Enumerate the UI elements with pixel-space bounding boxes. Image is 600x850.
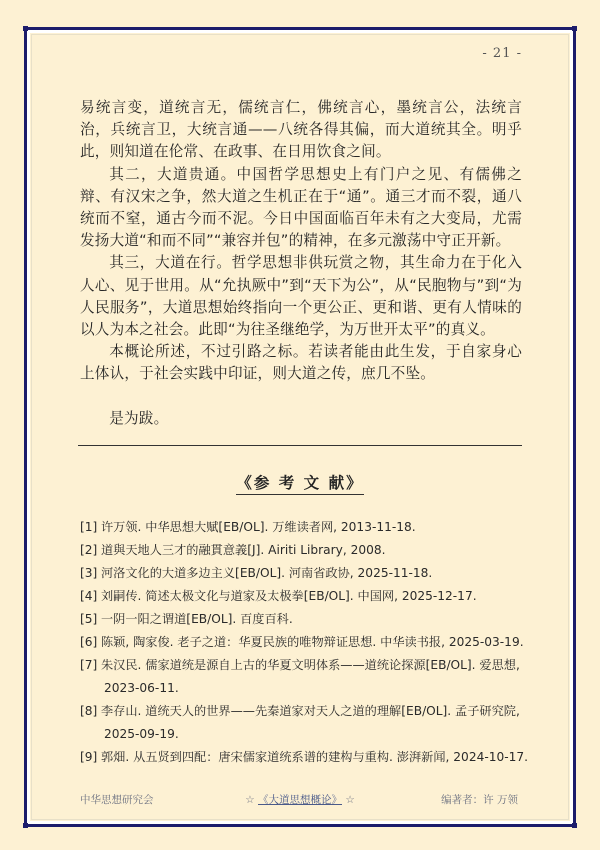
paragraph: 易统言变，道统言无，儒统言仁，佛统言心，墨统言公，法统言治，兵统言卫，大统言通—… — [80, 97, 522, 164]
reference-number: [5] — [80, 608, 101, 631]
reference-body: 李存山. 道统天人的世界——先秦道家对天人之道的理解[EB/OL]. 孟子研究院… — [101, 700, 530, 746]
paragraph: 本概论所述，不过引路之标。若读者能由此生发，于自家身心上体认，于社会实践中印证，… — [80, 341, 522, 385]
page-number: - 21 - — [482, 46, 522, 61]
reference-text-continued: 2025-09-19. — [101, 723, 530, 746]
footer-author: 编著者：许 万领 — [441, 792, 518, 807]
corner-ornament — [23, 26, 28, 31]
reference-item: [7] 朱汉民. 儒家道统是源自上古的华夏文明体系——道统论探源[EB/OL].… — [80, 654, 530, 700]
reference-text: 刘嗣传. 简述太极文化与道家及太极拳[EB/OL]. 中国网, 2025-12-… — [101, 585, 530, 608]
reference-text: 河洛文化的大道多边主义[EB/OL]. 河南省政协, 2025-11-18. — [101, 562, 530, 585]
corner-ornament — [23, 823, 28, 828]
reference-text: 许万领. 中华思想大赋[EB/OL]. 万维读者网, 2013-11-18. — [101, 516, 530, 539]
star-icon: ☆ — [245, 794, 254, 806]
references-heading: 《参 考 文 献》 — [0, 471, 600, 493]
reference-text: 陈颖, 陶家俊. 老子之道：华夏民族的唯物辩证思想. 中华读书报, 2025-0… — [101, 631, 530, 654]
reference-list: [1] 许万领. 中华思想大赋[EB/OL]. 万维读者网, 2013-11-1… — [80, 516, 530, 769]
reference-item: [4] 刘嗣传. 简述太极文化与道家及太极拳[EB/OL]. 中国网, 2025… — [80, 585, 530, 608]
paragraph-closing: 是为跋。 — [80, 408, 522, 430]
paragraph: 其二，大道贵通。中国哲学思想史上有门户之见、有儒佛之辩、有汉宋之争，然大道之生机… — [80, 164, 522, 253]
reference-item: [6] 陈颖, 陶家俊. 老子之道：华夏民族的唯物辩证思想. 中华读书报, 20… — [80, 631, 530, 654]
reference-text: 朱汉民. 儒家道统是源自上古的华夏文明体系——道统论探源[EB/OL]. 爱思想… — [101, 658, 520, 672]
reference-body: 朱汉民. 儒家道统是源自上古的华夏文明体系——道统论探源[EB/OL]. 爱思想… — [101, 654, 530, 700]
book-title-link[interactable]: 《大道思想概论》 — [258, 794, 342, 806]
section-divider — [78, 445, 522, 446]
body-text: 易统言变，道统言无，儒统言仁，佛统言心，墨统言公，法统言治，兵统言卫，大统言通—… — [80, 97, 522, 430]
corner-ornament — [572, 823, 577, 828]
reference-item: [5] 一阴一阳之谓道[EB/OL]. 百度百科. — [80, 608, 530, 631]
reference-number: [6] — [80, 631, 101, 654]
reference-number: [1] — [80, 516, 101, 539]
reference-text: 一阴一阳之谓道[EB/OL]. 百度百科. — [101, 608, 530, 631]
star-icon: ☆ — [345, 794, 354, 806]
reference-item: [3] 河洛文化的大道多边主义[EB/OL]. 河南省政协, 2025-11-1… — [80, 562, 530, 585]
reference-number: [3] — [80, 562, 101, 585]
reference-item: [2] 道與天地人三才的融貫意義[J]. Airiti Library, 200… — [80, 539, 530, 562]
reference-number: [7] — [80, 654, 101, 700]
reference-number: [9] — [80, 746, 101, 769]
reference-text: 郭畑. 从五贤到四配：唐宋儒家道统系谱的建构与重构. 澎湃新闻, 2024-10… — [101, 746, 530, 769]
paragraph: 其三，大道在行。哲学思想非供玩赏之物，其生命力在于化入人心、见于世用。从“允执厥… — [80, 252, 522, 341]
reference-number: [2] — [80, 539, 101, 562]
corner-ornament — [572, 26, 577, 31]
reference-number: [8] — [80, 700, 101, 746]
reference-text: 李存山. 道统天人的世界——先秦道家对天人之道的理解[EB/OL]. 孟子研究院… — [101, 704, 520, 718]
references-title: 《参 考 文 献》 — [236, 474, 363, 495]
reference-text: 道與天地人三才的融貫意義[J]. Airiti Library, 2008. — [101, 539, 530, 562]
reference-item: [8] 李存山. 道统天人的世界——先秦道家对天人之道的理解[EB/OL]. 孟… — [80, 700, 530, 746]
reference-text-continued: 2023-06-11. — [101, 677, 530, 700]
reference-item: [9] 郭畑. 从五贤到四配：唐宋儒家道统系谱的建构与重构. 澎湃新闻, 202… — [80, 746, 530, 769]
reference-item: [1] 许万领. 中华思想大赋[EB/OL]. 万维读者网, 2013-11-1… — [80, 516, 530, 539]
reference-number: [4] — [80, 585, 101, 608]
